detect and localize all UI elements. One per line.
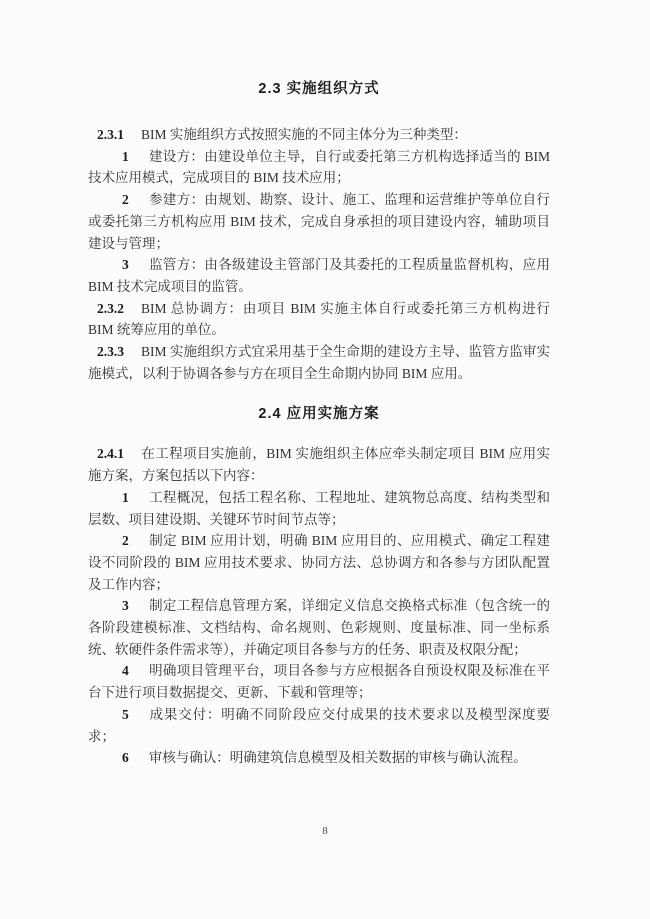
clause-text: BIM 总协调方：由项目 BIM 实施主体自行或委托第三方机构进行 BIM 统筹… <box>88 301 550 338</box>
item-number: 3 <box>122 598 129 613</box>
section-heading-2-3: 2.3 实施组织方式 <box>88 78 550 100</box>
list-item-3: 3制定工程信息管理方案，详细定义信息交换格式标准（包含统一的各阶段建模标准、文档… <box>88 595 550 660</box>
item-number: 1 <box>122 149 129 164</box>
item-number: 2 <box>122 533 129 548</box>
clause-2-3-2: 2.3.2BIM 总协调方：由项目 BIM 实施主体自行或委托第三方机构进行 B… <box>88 298 550 341</box>
clause-2-3-3: 2.3.3BIM 实施组织方式宜采用基于全生命期的建设方主导、监管方监审实施模式… <box>88 341 550 384</box>
item-number: 3 <box>122 257 129 272</box>
list-item-1: 1工程概况，包括工程名称、工程地址、建筑物总高度、结构类型和层数、项目建设期、关… <box>88 487 550 530</box>
item-number: 1 <box>122 490 129 505</box>
clause-number: 2.4.1 <box>97 446 124 461</box>
list-item-1: 1建设方：由建设单位主导，自行或委托第三方机构选择适当的 BIM 技术应用模式，… <box>88 146 550 189</box>
clause-2-3-1: 2.3.1BIM 实施组织方式按照实施的不同主体分为三种类型： <box>88 124 550 146</box>
page-content: 2.3 实施组织方式 2.3.1BIM 实施组织方式按照实施的不同主体分为三种类… <box>0 0 650 769</box>
item-text: 制定工程信息管理方案，详细定义信息交换格式标准（包含统一的各阶段建模标准、文档结… <box>88 598 550 656</box>
clause-2-4-1: 2.4.1在工程项目实施前，BIM 实施组织主体应牵头制定项目 BIM 应用实施… <box>88 443 550 486</box>
item-text: 审核与确认：明确建筑信息模型及相关数据的审核与确认流程。 <box>149 750 527 765</box>
list-item-6: 6审核与确认：明确建筑信息模型及相关数据的审核与确认流程。 <box>88 747 550 769</box>
list-item-3: 3监管方：由各级建设主管部门及其委托的工程质量监督机构，应用 BIM 技术完成项… <box>88 254 550 297</box>
item-text: 监管方：由各级建设主管部门及其委托的工程质量监督机构，应用 BIM 技术完成项目… <box>88 257 550 294</box>
clause-number: 2.3.1 <box>97 127 124 142</box>
clause-text: BIM 实施组织方式按照实施的不同主体分为三种类型： <box>141 127 467 142</box>
page-number: 8 <box>0 824 650 838</box>
item-text: 参建方：由规划、勘察、设计、施工、监理和运营维护等单位自行或委托第三方机构应用 … <box>88 192 550 250</box>
item-text: 建设方：由建设单位主导，自行或委托第三方机构选择适当的 BIM 技术应用模式，完… <box>88 149 550 186</box>
list-item-5: 5成果交付：明确不同阶段应交付成果的技术要求以及模型深度要求； <box>88 704 550 747</box>
item-number: 2 <box>122 192 129 207</box>
item-text: 工程概况，包括工程名称、工程地址、建筑物总高度、结构类型和层数、项目建设期、关键… <box>88 490 550 527</box>
item-text: 明确项目管理平台，项目各参与方应根据各自预设权限及标准在平台下进行项目数据提交、… <box>88 663 550 700</box>
item-number: 5 <box>122 707 129 722</box>
clause-number: 2.3.2 <box>97 301 124 316</box>
list-item-2: 2参建方：由规划、勘察、设计、施工、监理和运营维护等单位自行或委托第三方机构应用… <box>88 189 550 254</box>
item-text: 成果交付：明确不同阶段应交付成果的技术要求以及模型深度要求； <box>88 707 550 744</box>
item-number: 6 <box>122 750 129 765</box>
document-page: 2.3 实施组织方式 2.3.1BIM 实施组织方式按照实施的不同主体分为三种类… <box>0 0 650 919</box>
section-heading-2-4: 2.4 应用实施方案 <box>88 403 550 425</box>
clause-text: 在工程项目实施前，BIM 实施组织主体应牵头制定项目 BIM 应用实施方案，方案… <box>88 446 550 483</box>
item-number: 4 <box>122 663 129 678</box>
clause-text: BIM 实施组织方式宜采用基于全生命期的建设方主导、监管方监审实施模式，以利于协… <box>88 344 550 381</box>
item-text: 制定 BIM 应用计划，明确 BIM 应用目的、应用模式、确定工程建设不同阶段的… <box>88 533 550 591</box>
list-item-2: 2制定 BIM 应用计划，明确 BIM 应用目的、应用模式、确定工程建设不同阶段… <box>88 530 550 595</box>
list-item-4: 4明确项目管理平台，项目各参与方应根据各自预设权限及标准在平台下进行项目数据提交… <box>88 660 550 703</box>
clause-number: 2.3.3 <box>97 344 124 359</box>
